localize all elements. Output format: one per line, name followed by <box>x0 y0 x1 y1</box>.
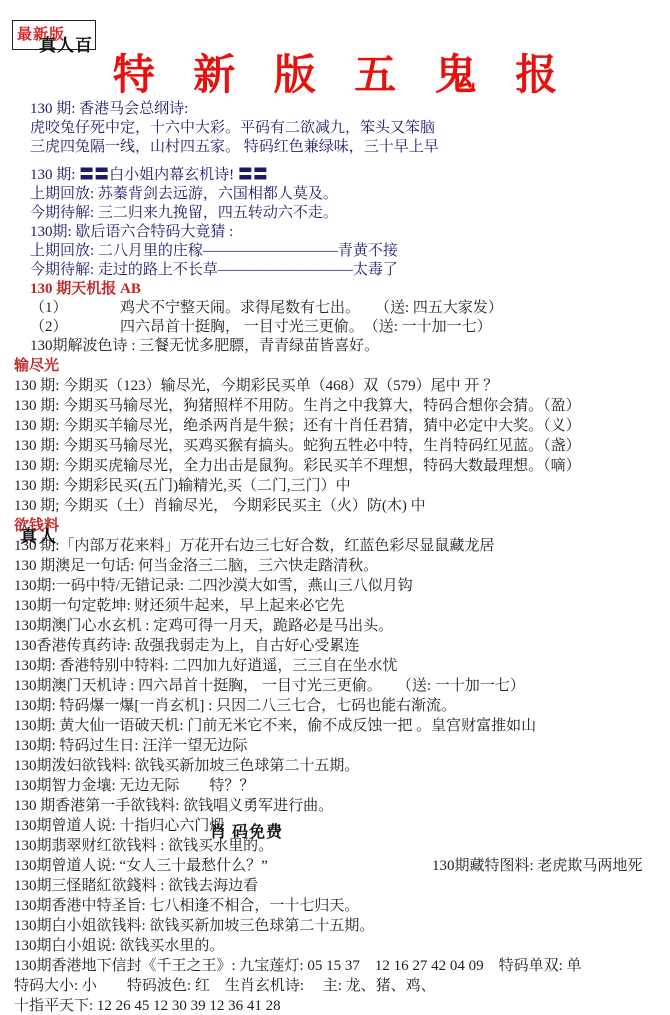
report-line: 130 期; 今期买（土）肖输尽光， 今期彩民买主（火）防(木) 中 <box>14 496 670 516</box>
report-line-text: 130期香港地下信封《千王之王》: 九宝莲灯: 05 15 37 12 16 2… <box>14 958 582 974</box>
report-line: （1） 鸡犬不宁整天闹。求得尾数有七出。 （送: 四五大家发） <box>14 299 670 318</box>
report-line: 130期: 特码爆一爆[一肖玄机] : 只因二八三七合，七码也能右渐流。 <box>14 696 670 716</box>
report-line: 130 期: 今期彩民买(五门)输精光,买（二门,三门）中 <box>14 476 670 496</box>
report-line-text: 130 期: 香港马会总纲诗: <box>30 101 188 117</box>
report-line: 130期: 黄大仙一语破天机: 门前无米它不来，偷不成反蚀一把 。皇宫财富推如山 <box>14 716 670 736</box>
report-line: 130期解波色诗 : 三餐无忧多肥膘，青青绿苗皆喜好。 <box>14 337 670 356</box>
report-line-text: 130期曾道人说: “女人三十最愁什么？” <box>14 858 268 874</box>
report-line-text: 130 期: 今期彩民买(五门)输精光,买（二门,三门）中 <box>14 478 351 494</box>
report-line: 上期回放: 苏蓁背剑去远游，六国相都人莫及。 <box>14 185 670 204</box>
report-line: 130 期: 香港马会总纲诗: <box>14 100 670 119</box>
report-line-text: 130 期: 今期买羊输尽光，绝杀两肖是牛猴；还有十肖任君猜，猜中必定中大奖。（… <box>14 418 581 434</box>
report-line-text: 130期泼妇欲钱料: 欲钱买新加坡三色球第二十五期。 <box>14 758 359 774</box>
report-line: 130 期: 今期买马输尽光，买鸡买猴有搞头。蛇狗五牲必中特，生肖特码红见蓝。（… <box>14 436 670 456</box>
report-line-text: 130期: 黄大仙一语破天机: 门前无米它不来，偷不成反蚀一把 。皇宫财富推如山 <box>14 718 536 734</box>
report-line-text: 130期香港中特圣旨: 七八相逢不相合，一十七归天。 <box>14 898 359 914</box>
report-line: 130期智力金壤: 无边无际 特？？ <box>14 776 670 796</box>
report-line-text: （2） 四六昂首十挺胸， 一目寸光三更偷。 （送: 一十加一七） <box>30 319 492 335</box>
report-line: 130期一句定乾坤: 财还须牛起来，早上起来必它先 <box>14 596 670 616</box>
report-line-text: 130期解波色诗 : 三餐无忧多肥膘，青青绿苗皆喜好。 <box>30 338 379 354</box>
watermark-text: 肖 码免费 <box>210 823 283 843</box>
report-line-text: 130期一句定乾坤: 财还须牛起来，早上起来必它先 <box>14 598 344 614</box>
report-line-text: 130期澳门天机诗 : 四六昂首十挺胸， 一目寸光三更偷。 （送: 一十加一七） <box>14 678 525 694</box>
report-line-text: 130期: 特码爆一爆[一肖玄机] : 只因二八三七合，七码也能右渐流。 <box>14 698 456 714</box>
report-line: 130 期香港第一手欲钱料: 欲钱唱义勇军进行曲。 <box>14 796 670 816</box>
report-line-text: 130 期: 今期买马输尽光，狗猪照样不用防。生肖之中我算大，特码合想你会猜。（… <box>14 398 581 414</box>
report-line-text: 130期白小姐说: 欲钱买水里的。 <box>14 938 224 954</box>
report-line-text: 今期待解: 走过的路上不长草—————————太毒了 <box>30 262 398 278</box>
report-line: 130期:一码中特/无错记录: 二四沙漠大如雪，燕山三八似月钩 <box>14 576 670 596</box>
report-line-text: 130期三怪賭紅欲錢料 : 欲钱去海边看 <box>14 878 258 894</box>
report-line: 130 期澳足一句话: 何当金洛三二脑，三六快走踏清秋。 <box>14 556 670 576</box>
report-line-text: 十指平天下: 12 26 45 12 30 39 12 36 41 28 <box>14 998 281 1014</box>
report-line: 130期: 特码过生日: 汪洋一望无边际 <box>14 736 670 756</box>
section-title-yuqianliao: 欲钱料真人 <box>14 516 670 536</box>
report-line-text: 130 期; 今期买（土）肖输尽光， 今期彩民买主（火）防(木) 中 <box>14 498 426 514</box>
report-line-text: 130 期澳足一句话: 何当金洛三二脑，三六快走踏清秋。 <box>14 558 378 574</box>
report-line-text: 130 期: 今期买（123）输尽光，今期彩民买单（468）双（579）尾中 开… <box>14 378 498 394</box>
report-line: 130 期:「内部万花来料」万花开右边三七好合数，红蓝色彩尽显鼠藏龙居 <box>14 536 670 556</box>
report-line-text: 130 期香港第一手欲钱料: 欲钱唱义勇军进行曲。 <box>14 798 333 814</box>
report-line-text: 130 期: 今期买马输尽光，买鸡买猴有搞头。蛇狗五牲必中特，生肖特码红见蓝。（… <box>14 438 581 454</box>
report-line: （2） 四六昂首十挺胸， 一目寸光三更偷。 （送: 一十加一七） <box>14 318 670 337</box>
report-line: 130期三怪賭紅欲錢料 : 欲钱去海边看 <box>14 876 670 896</box>
report-line-text: 130香港传真药诗: 敌强我弱走为上，自古好心受累连 <box>14 638 359 654</box>
report-body: 130 期: 香港马会总纲诗:虎咬兔仔死中定，十六中大彩。平码有二欲减九，笨头又… <box>0 100 670 1015</box>
report-line: 130 期: 今期买（123）输尽光，今期彩民买单（468）双（579）尾中 开… <box>14 376 670 396</box>
page-title: 特 新 版 五 鬼 报 <box>0 42 670 102</box>
report-line: 130期: 香港特别中特料: 二四加九好逍遥，三三自在坐水忧 <box>14 656 670 676</box>
report-line: 130期曾道人说: “女人三十最愁什么？”130期藏特图料: 老虎欺马两地死 <box>14 856 670 876</box>
watermark-text: 真人 <box>20 527 58 547</box>
report-line-text: 虎咬兔仔死中定，十六中大彩。平码有二欲减九，笨头又笨脑 <box>30 120 435 136</box>
report-line: 130期曾道人说: 十指归心六门煅肖 码免费 <box>14 816 670 836</box>
report-line-text: 特码大小: 小 特码波色: 红 生肖玄机诗: 主: 龙、猪、鸡、 <box>14 978 436 994</box>
report-line: 130香港传真药诗: 敌强我弱走为上，自古好心受累连 <box>14 636 670 656</box>
report-line-text: 130期曾道人说: 十指归心六门煅 <box>14 818 224 834</box>
report-line: 130期泼妇欲钱料: 欲钱买新加坡三色球第二十五期。 <box>14 756 670 776</box>
section-title-shujinguang: 输尽光 <box>14 356 670 376</box>
report-line-text: 130 期天机报 AB <box>30 281 141 297</box>
report-line-text: 130 期: 〓〓白小姐内幕玄机诗! 〓〓 <box>30 167 268 183</box>
report-line-text: 130期澳门心水玄机 : 定鸡可得一月天，跪路必是马出头。 <box>14 618 393 634</box>
report-line: 130期翡翠财红欲钱料 : 欲钱买水里的。 <box>14 836 670 856</box>
report-line-text: 130期: 歇后语六合特码大竟猜 : <box>30 224 233 240</box>
report-line-text: 130期智力金壤: 无边无际 特？？ <box>14 778 254 794</box>
report-line: 今期待解: 三二归来九挽留，四五转动六不走。 <box>14 204 670 223</box>
report-line: 130 期: 今期买虎输尽光，全力出击是鼠狗。彩民买羊不理想，特码大数最理想。（… <box>14 456 670 476</box>
report-line: 130 期: 〓〓白小姐内幕玄机诗! 〓〓 <box>14 166 670 185</box>
report-line: 130期香港地下信封《千王之王》: 九宝莲灯: 05 15 37 12 16 2… <box>14 956 670 976</box>
report-line: 130 期: 今期买马输尽光，狗猪照样不用防。生肖之中我算大，特码合想你会猜。（… <box>14 396 670 416</box>
report-line-text: 130期: 特码过生日: 汪洋一望无边际 <box>14 738 247 754</box>
report-line: 虎咬兔仔死中定，十六中大彩。平码有二欲减九，笨头又笨脑 <box>14 119 670 138</box>
report-line: 130期: 歇后语六合特码大竟猜 : <box>14 223 670 242</box>
report-line: 130期白小姐说: 欲钱买水里的。 <box>14 936 670 956</box>
report-line: 130期香港中特圣旨: 七八相逢不相合，一十七归天。 <box>14 896 670 916</box>
report-line: 今期待解: 走过的路上不长草—————————太毒了 <box>14 261 670 280</box>
report-line-text: 130 期:「内部万花来料」万花开右边三七好合数，红蓝色彩尽显鼠藏龙居 <box>14 538 494 554</box>
report-line: 十指平天下: 12 26 45 12 30 39 12 36 41 28 <box>14 996 670 1015</box>
report-line-text: 三虎四兔隔一线，山村四五家。 特码红色兼绿味，三十早上早 <box>30 139 439 155</box>
report-line: 上期回放: 二八月里的庄稼—————————青黄不接 <box>14 242 670 261</box>
section-title-tianjibao: 130 期天机报 AB <box>14 280 670 299</box>
report-line-right-text: 130期藏特图料: 老虎欺马两地死 <box>432 856 642 876</box>
report-line-text: 今期待解: 三二归来九挽留，四五转动六不走。 <box>30 205 338 221</box>
report-line-text: 上期回放: 苏蓁背剑去远游，六国相都人莫及。 <box>30 186 338 202</box>
report-line-text: 130期白小姐欲钱料: 欲钱买新加坡三色球第二十五期。 <box>14 918 374 934</box>
report-line-text: 130期:一码中特/无错记录: 二四沙漠大如雪，燕山三八似月钩 <box>14 578 413 594</box>
report-line: 特码大小: 小 特码波色: 红 生肖玄机诗: 主: 龙、猪、鸡、 <box>14 976 670 996</box>
report-line: 130期澳门天机诗 : 四六昂首十挺胸， 一目寸光三更偷。 （送: 一十加一七） <box>14 676 670 696</box>
report-line-text: （1） 鸡犬不宁整天闹。求得尾数有七出。 （送: 四五大家发） <box>30 300 503 316</box>
report-line-text: 130期: 香港特别中特料: 二四加九好逍遥，三三自在坐水忧 <box>14 658 397 674</box>
report-header: 最新版 真人百 特 新 版 五 鬼 报 <box>0 0 670 100</box>
report-line: 130 期: 今期买羊输尽光，绝杀两肖是牛猴；还有十肖任君猜，猜中必定中大奖。（… <box>14 416 670 436</box>
report-line-text: 输尽光 <box>14 358 59 374</box>
report-line-text: 上期回放: 二八月里的庄稼—————————青黄不接 <box>30 243 398 259</box>
report-line: 三虎四兔隔一线，山村四五家。 特码红色兼绿味，三十早上早 <box>14 138 670 157</box>
report-line-text: 130 期: 今期买虎输尽光，全力出击是鼠狗。彩民买羊不理想，特码大数最理想。（… <box>14 458 581 474</box>
report-line: 130期白小姐欲钱料: 欲钱买新加坡三色球第二十五期。 <box>14 916 670 936</box>
report-line: 130期澳门心水玄机 : 定鸡可得一月天，跪路必是马出头。 <box>14 616 670 636</box>
